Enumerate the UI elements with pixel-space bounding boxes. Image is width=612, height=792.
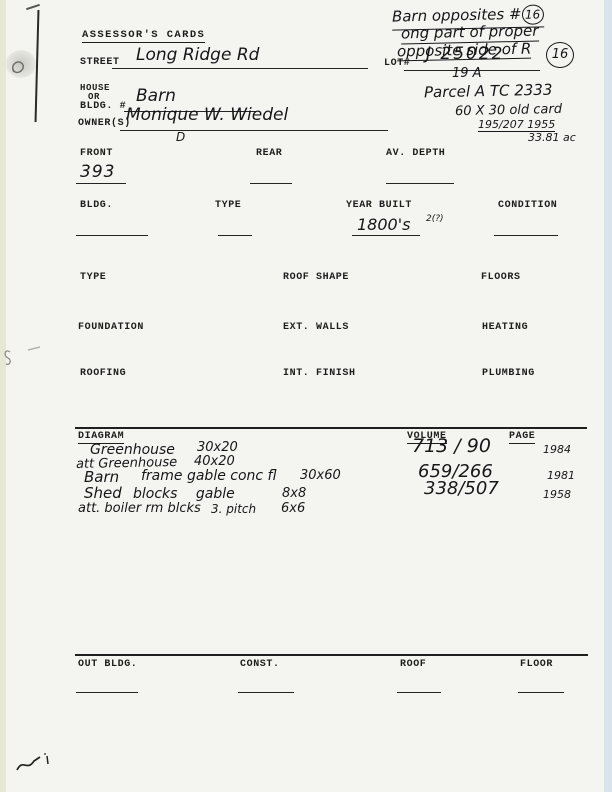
diagram-row-volume: 713 / 90 (412, 437, 491, 456)
out-bldg-underline (76, 692, 138, 693)
plumbing-label: PLUMBING (482, 368, 535, 379)
ext-walls-label: EXT. WALLS (283, 322, 349, 333)
roof-underline (397, 692, 441, 693)
diagram-row-detail: 3. pitch (211, 503, 256, 515)
year-built-underline (352, 235, 420, 236)
diagram-row-size: 6x6 (281, 502, 305, 515)
roofing-label: ROOFING (80, 368, 126, 379)
street-underline (112, 68, 368, 69)
front-value: 393 (80, 164, 115, 181)
owner-label: OWNER(S) (78, 118, 131, 129)
out-bldg-label: OUT BLDG. (78, 659, 137, 670)
floor-label: FLOOR (520, 659, 553, 670)
diagram-row-size: 30x20 (197, 441, 238, 454)
const-underline (238, 692, 294, 693)
diagram-row-size: 40x20 (194, 455, 235, 468)
heating-label: HEATING (482, 322, 528, 333)
diagram-row-year: 1984 (543, 444, 571, 455)
year-built-value: 1800's (357, 217, 410, 233)
pencil-scribble-mid-left (2, 344, 42, 372)
diagram-row-size: 8x8 (282, 487, 306, 500)
out-bldg-section-top-line (75, 654, 588, 656)
owner-note-old-card: 60 X 30 old card (455, 103, 562, 118)
scan-left-edge (0, 0, 6, 792)
diagram-section-top-line (75, 427, 587, 429)
foundation-label: FOUNDATION (78, 322, 144, 333)
parcel-note: Parcel A TC 2333 (424, 83, 553, 101)
diagram-row-volume: 338/507 (424, 480, 499, 498)
type-label: TYPE (215, 200, 241, 211)
diagram-row-name: Barn (84, 470, 119, 485)
floor-underline (518, 692, 564, 693)
roof-label: ROOF (400, 659, 426, 670)
owner-note-acreage: 33.81 ac (528, 132, 576, 143)
type-underline (218, 235, 252, 236)
diagram-row-size: 30x60 (300, 469, 341, 482)
int-finish-label: INT. FINISH (283, 368, 356, 379)
stray-pen-mark: D (176, 131, 185, 143)
assessor-card-scan: Barn opposites #16 ong part of proper op… (0, 0, 612, 792)
year-built-label: YEAR BUILT (346, 200, 412, 211)
lot-label: LOT# (384, 58, 410, 69)
lot-sub-number: 19 A (452, 67, 482, 80)
scan-right-edge (604, 0, 612, 792)
page-label: PAGE (509, 431, 535, 444)
lot-value: J 25022 (426, 46, 505, 63)
handwritten-squiggle-bottom-left (14, 748, 58, 778)
floors-label: FLOORS (481, 272, 521, 283)
av-depth-label: AV. DEPTH (386, 148, 445, 159)
owner-underline (120, 130, 388, 131)
diagram-row-detail: blocks gable (133, 487, 235, 501)
diagram-row-year: 1958 (543, 489, 571, 500)
bldg-underline (76, 235, 148, 236)
rear-label: REAR (256, 148, 282, 159)
bldg-no-label: BLDG. # (80, 101, 126, 112)
condition-label: CONDITION (498, 200, 557, 211)
av-depth-underline (386, 183, 454, 184)
bldg-label: BLDG. (80, 200, 113, 211)
roof-shape-label: ROOF SHAPE (283, 272, 349, 283)
front-label: FRONT (80, 148, 113, 159)
condition-underline (494, 235, 558, 236)
year-built-note: 2(?) (426, 215, 444, 224)
page-title: ASSESSOR'S CARDS (82, 29, 205, 43)
street-value: Long Ridge Rd (136, 47, 259, 64)
const-label: CONST. (240, 659, 280, 670)
front-underline (76, 183, 126, 184)
owner-value: Monique W. Wiedel (126, 107, 288, 124)
type2-label: TYPE (80, 272, 106, 283)
diagram-row-name: att. boiler rm blcks (78, 502, 201, 515)
diagram-row-year: 1981 (547, 470, 575, 481)
street-label: STREET (80, 57, 120, 68)
bldg-no-value: Barn (136, 88, 176, 105)
lot-circled-number: 16 (546, 42, 574, 68)
diagram-row-name: Shed (84, 486, 122, 501)
pencil-scribble-upper-left (8, 56, 36, 80)
diagram-row-detail: frame gable conc fl (141, 469, 277, 483)
rear-underline (250, 183, 292, 184)
